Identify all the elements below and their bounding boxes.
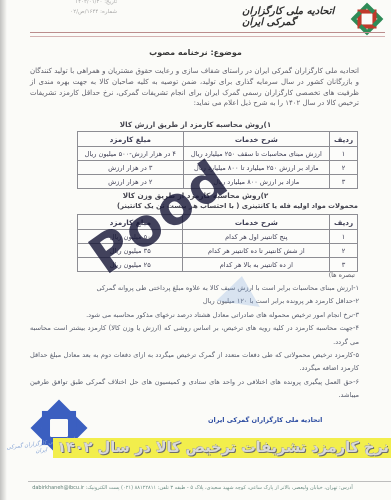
- union-logo-icon: [348, 2, 386, 36]
- footer-divider: [28, 481, 391, 482]
- note-item: ۲-حداقل کارمزد هر پرونده برابر است با ۱۲…: [30, 295, 359, 308]
- note-item: ۵-کارمزد ترخیص محمولاتی که طی دفعات متعد…: [30, 349, 359, 376]
- highlighted-caption-text: نرخ کارمزد تشریفات ترخیص کالا در سال ۱۴۰…: [53, 438, 391, 458]
- table-row: ۱ ارزش مبنای محاسبات تا سقف ۲۵۰ میلیارد …: [78, 147, 358, 161]
- table-header-row: ردیف شرح خدمات مبلغ کارمزد: [78, 132, 358, 147]
- org-name-small: اتحادیه ملی کارگزاران گمرکی ایران: [208, 416, 343, 424]
- subject-line: موضوع: نرخنامه مصوب: [0, 48, 391, 57]
- header-row-number: ردیف: [330, 215, 358, 230]
- letter-meta: تاریخ: ۱۴۰۲/۰۱/۲۰ شماره: ۱۶۴۴/ص/۰۲: [22, 0, 117, 17]
- cell-fee-amount: ۵۰ میلیون ریال: [78, 230, 183, 244]
- section2-subtitle: محمولات مواد اولیه فله یا کانتینری ( با …: [117, 202, 358, 210]
- intro-paragraph: اتحادیه ملی کارگزاران گمرکی ایران در راس…: [30, 66, 359, 109]
- section2-title: ۲)روش محاسبه کارمزد از طریق وزن کالا: [0, 191, 391, 200]
- highlighted-caption: نرخ کارمزد تشریفات ترخیص کالا در سال ۱۴۰…: [88, 430, 391, 466]
- weight-fee-table: ردیف شرح خدمات مبلغ کارمزد ۱ پنج کانتینر…: [77, 214, 358, 272]
- header-row-number: ردیف: [330, 132, 358, 147]
- table-row: ۳ مازاد بر ارزش ۸۰۰ میلیارد ریال ۲ در هز…: [78, 175, 358, 189]
- cell-service-desc: مازاد بر ارزش ۲۵۰ میلیارد تا ۸۰۰ میلیارد…: [183, 161, 330, 175]
- cell-row-number: ۳: [330, 258, 358, 272]
- cell-fee-amount: ۳۵ میلیون ریال: [78, 244, 183, 258]
- scanned-document-page: تاریخ: ۱۴۰۲/۰۱/۲۰ شماره: ۱۶۴۴/ص/۰۲ اتحاد…: [0, 0, 391, 500]
- table-row: ۲ از شش کانتینر تا ده کانتینر هر کدام ۳۵…: [78, 244, 358, 258]
- cell-fee-amount: ۳ در هزار ارزش: [78, 161, 184, 175]
- notes-label: تبصره ها): [329, 271, 355, 279]
- table-row: ۱ پنج کانتینر اول هر کدام ۵۰ میلیون ریال: [78, 230, 358, 244]
- cell-row-number: ۲: [330, 244, 358, 258]
- cell-row-number: ۱: [330, 147, 358, 161]
- table-row: ۳ از ده کانتینر به بالا هر کدام ۲۵ میلیو…: [78, 258, 358, 272]
- faint-emblem-watermark: [216, 273, 263, 307]
- note-item: ۱-ارزش مبنای محاسبات برابر است با ارزش س…: [30, 282, 359, 295]
- note-item: ۴-جهت محاسبه کارمزد در کلیه رویه های ترخ…: [30, 322, 359, 349]
- footer-address: آدرس: تهران، خیابان ولیعصر، بالاتر از پا…: [86, 485, 353, 491]
- letter-number: شماره: ۱۶۴۴/ص/۰۲: [22, 7, 117, 17]
- footer-email[interactable]: dabirkhaneh@ibcu.ir: [32, 485, 84, 491]
- header-fee-amount: مبلغ کارمزد: [78, 215, 183, 230]
- cell-service-desc: از شش کانتینر تا ده کانتینر هر کدام: [183, 244, 330, 258]
- cell-fee-amount: ۲ در هزار ارزش: [78, 175, 184, 189]
- scan-edge-shadow: [0, 0, 7, 500]
- cell-fee-amount: ۴ در هزار ارزش-۵۰۰ میلیون ریال: [78, 147, 184, 161]
- notes-list: ۱-ارزش مبنای محاسبات برابر است با ارزش س…: [30, 282, 359, 403]
- section1-title: ۱)روش محاسبه کارمزد از طریق ارزش کالا: [0, 120, 391, 129]
- cell-service-desc: ارزش مبنای محاسبات تا سقف ۲۵۰ میلیارد ری…: [183, 147, 330, 161]
- cell-service-desc: مازاد بر ارزش ۸۰۰ میلیارد ریال: [183, 175, 330, 189]
- cell-service-desc: پنج کانتینر اول هر کدام: [183, 230, 330, 244]
- cell-row-number: ۲: [330, 161, 358, 175]
- footer-contact: آدرس: تهران، خیابان ولیعصر، بالاتر از پا…: [6, 485, 379, 491]
- org-name-calligraphy: اتحادیه ملی کارگزاران گمرکی ایران: [242, 6, 346, 28]
- header-divider: [30, 32, 385, 37]
- value-fee-table: ردیف شرح خدمات مبلغ کارمزد ۱ ارزش مبنای …: [77, 131, 358, 189]
- header-service-desc: شرح خدمات: [183, 132, 330, 147]
- note-item: ۳-نرخ انجام امور ترخیص محموله های صادرات…: [30, 309, 359, 322]
- cell-row-number: ۳: [330, 175, 358, 189]
- cell-fee-amount: ۲۵ میلیون ریال: [78, 258, 183, 272]
- table-row: ۲ مازاد بر ارزش ۲۵۰ میلیارد تا ۸۰۰ میلیا…: [78, 161, 358, 175]
- cell-service-desc: از ده کانتینر به بالا هر کدام: [183, 258, 330, 272]
- cell-row-number: ۱: [330, 230, 358, 244]
- header-fee-amount: مبلغ کارمزد: [78, 132, 184, 147]
- header-service-desc: شرح خدمات: [183, 215, 330, 230]
- table-header-row: ردیف شرح خدمات مبلغ کارمزد: [78, 215, 358, 230]
- letter-date: تاریخ: ۱۴۰۲/۰۱/۲۰: [22, 0, 117, 7]
